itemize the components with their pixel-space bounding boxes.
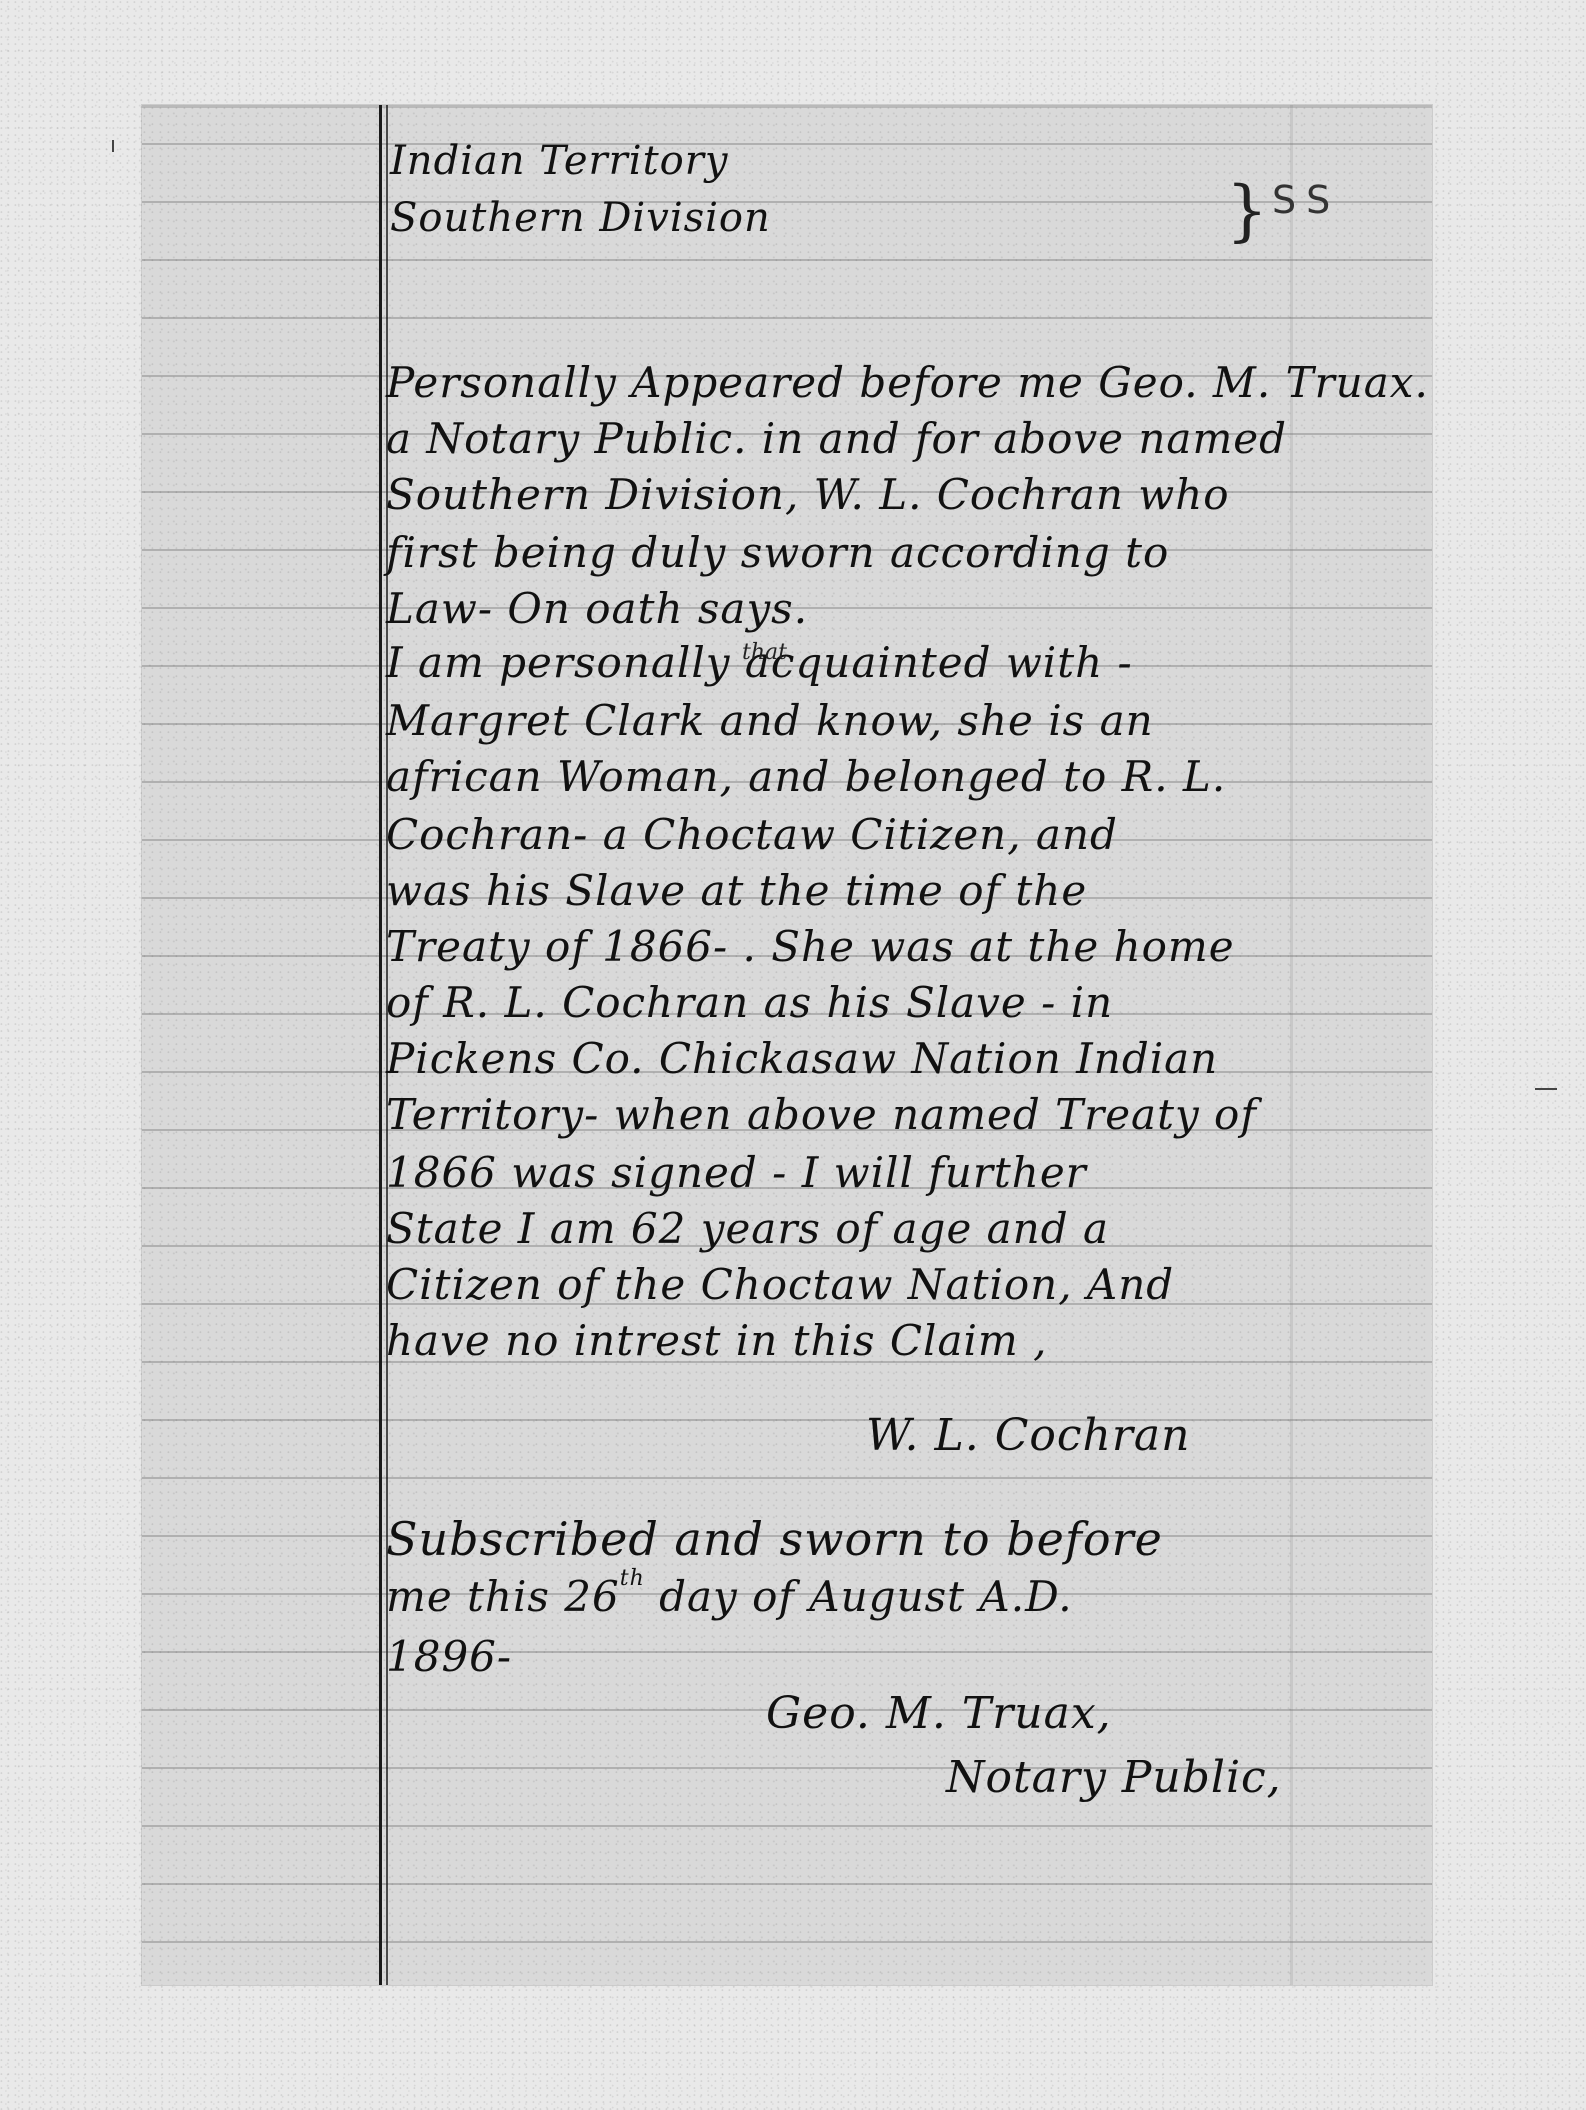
venue-bracket: }	[1226, 172, 1268, 249]
body-line: Margret Clark and know, she is an	[386, 696, 1154, 745]
stray-scan-mark	[112, 140, 114, 152]
body-line: have no intrest in this Claim ,	[386, 1316, 1047, 1365]
body-line: State I am 62 years of age and a	[386, 1204, 1109, 1253]
interlinear-insertion: that	[742, 640, 787, 665]
stray-scan-mark	[1535, 1088, 1557, 1090]
notary-signature: Geo. M. Truax,	[766, 1688, 1112, 1739]
jurat-day-prefix: me this 26	[386, 1572, 620, 1621]
body-line: 1866 was signed - I will further	[386, 1148, 1087, 1197]
left-margin-rule	[379, 105, 382, 1985]
body-line: Law- On oath says.	[386, 584, 808, 633]
body-line: african Woman, and belonged to R. L.	[386, 752, 1226, 801]
body-line: Southern Division, W. L. Cochran who	[386, 470, 1230, 519]
ss-venue-mark: SS	[1272, 178, 1340, 222]
day-ordinal: th	[620, 1566, 645, 1591]
affiant-signature: W. L. Cochran	[866, 1410, 1190, 1461]
jurat-year: 1896-	[386, 1632, 512, 1681]
body-line: first being duly sworn according to	[386, 528, 1169, 577]
jurat-date-line: me this 26th day of August A.D.	[386, 1572, 1073, 1621]
body-line: Personally Appeared before me Geo. M. Tr…	[386, 358, 1429, 407]
jurat-month: day of August A.D.	[645, 1572, 1073, 1621]
body-line: of R. L. Cochran as his Slave - in	[386, 978, 1113, 1027]
body-line: Pickens Co. Chickasaw Nation Indian	[386, 1034, 1218, 1083]
body-line: Territory- when above named Treaty of	[386, 1090, 1257, 1139]
header-jurisdiction: Indian Territory	[390, 138, 728, 184]
paper-top-edge	[142, 105, 1432, 108]
scanned-document: Indian Territory Southern Division } SS …	[0, 0, 1586, 2110]
body-line: was his Slave at the time of the	[386, 866, 1087, 915]
body-line: a Notary Public. in and for above named	[386, 414, 1287, 463]
body-line: Citizen of the Choctaw Nation, And	[386, 1260, 1174, 1309]
header-division: Southern Division	[390, 195, 771, 241]
jurat-line: Subscribed and sworn to before	[386, 1512, 1163, 1566]
body-line: Treaty of 1866- . She was at the home	[386, 922, 1235, 971]
body-line: Cochran- a Choctaw Citizen, and	[386, 810, 1118, 859]
notary-title: Notary Public,	[946, 1752, 1282, 1803]
